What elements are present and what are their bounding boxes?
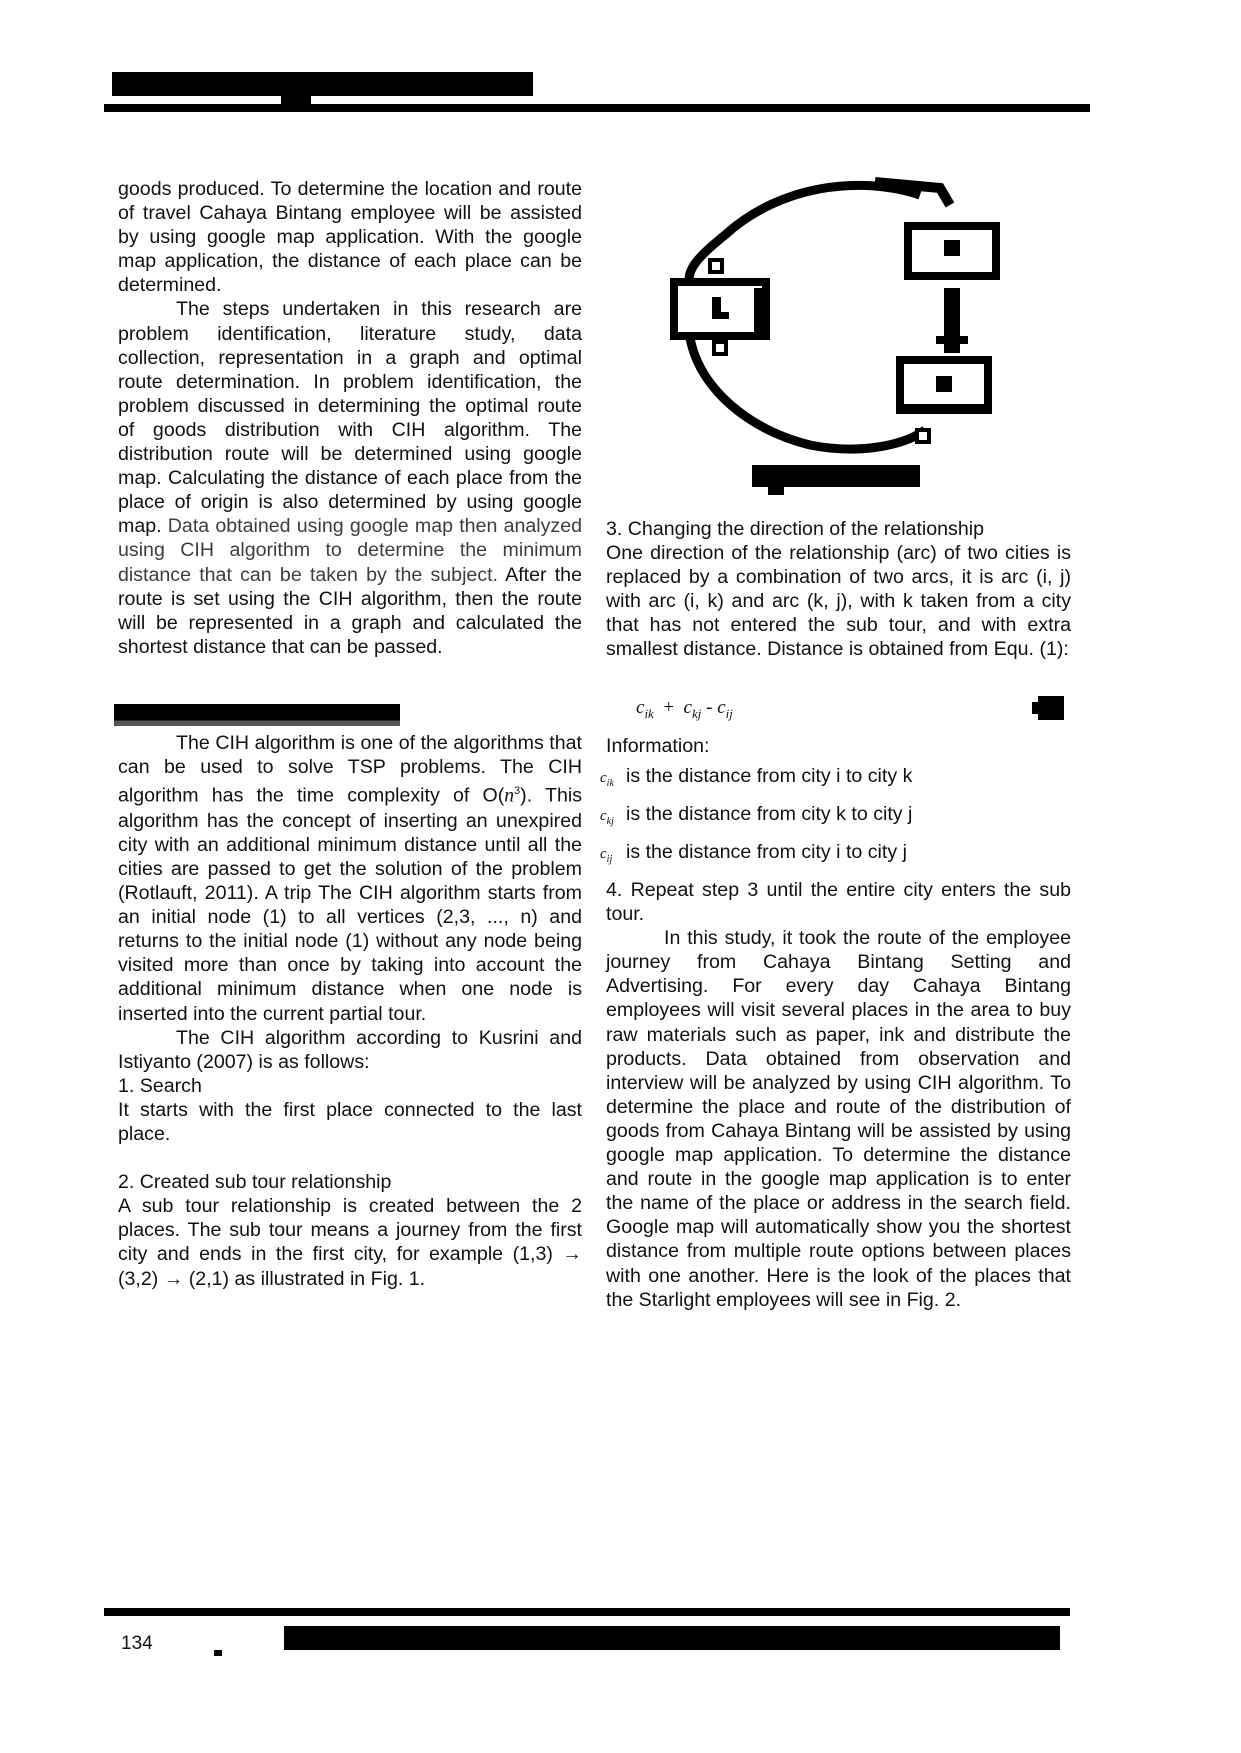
right-column-continued: 4. Repeat step 3 until the entire city e… (606, 878, 1071, 1312)
symbol-cij: cij (600, 842, 626, 872)
step1-body: It starts with the first place connected… (118, 1098, 582, 1146)
info-item: cikis the distance from city i to city k (600, 764, 1071, 796)
journal-header-title-redacted (112, 72, 533, 96)
footer-citation-tail (214, 1650, 222, 1656)
page-number: 134 (121, 1633, 153, 1655)
symbol-ckj: ckj (600, 804, 626, 834)
equation-1: cik + ckj - cij (636, 697, 733, 722)
information-block: Information: cikis the distance from cit… (606, 734, 1071, 872)
paragraph-study-route: In this study, it took the route of the … (606, 926, 1071, 1312)
info-item: cijis the distance from city i to city j (600, 840, 1071, 872)
info-item: ckjis the distance from city k to city j (600, 802, 1071, 834)
header-redaction-tail (281, 96, 311, 104)
paragraph-research-steps: The steps undertaken in this research ar… (118, 297, 582, 658)
footer-rule (104, 1608, 1070, 1616)
step4: 4. Repeat step 3 until the entire city e… (606, 878, 1071, 926)
paragraph-kusrini: The CIH algorithm according to Kusrini a… (118, 1026, 582, 1074)
step1-title: 1. Search (118, 1074, 582, 1098)
footer-citation-redacted (284, 1626, 1060, 1650)
figure-1-caption-tail (768, 487, 784, 495)
equation-number-redacted-tab (1032, 702, 1040, 714)
paragraph-cih-intro: The CIH algorithm is one of the algorith… (118, 731, 582, 1026)
symbol-cik: cik (600, 766, 626, 796)
step3-title: 3. Changing the direction of the relatio… (606, 517, 1071, 541)
step2-body: A sub tour relationship is created betwe… (118, 1194, 582, 1290)
equation-number-redacted (1038, 696, 1064, 720)
figure-1-caption-redacted (752, 465, 920, 487)
figure-1-subtour-diagram (660, 160, 1020, 500)
subtour-graph-icon (660, 160, 1020, 500)
right-column: 3. Changing the direction of the relatio… (606, 517, 1071, 662)
step3-body: One direction of the relationship (arc) … (606, 541, 1071, 661)
information-title: Information: (606, 734, 1071, 758)
section-heading-redacted (114, 704, 400, 726)
left-column-section: The CIH algorithm is one of the algorith… (118, 731, 582, 1291)
left-column: goods produced. To determine the locatio… (118, 177, 582, 659)
header-rule (104, 104, 1090, 112)
paragraph-intro: goods produced. To determine the locatio… (118, 177, 582, 297)
step2-title: 2. Created sub tour relationship (118, 1170, 582, 1194)
